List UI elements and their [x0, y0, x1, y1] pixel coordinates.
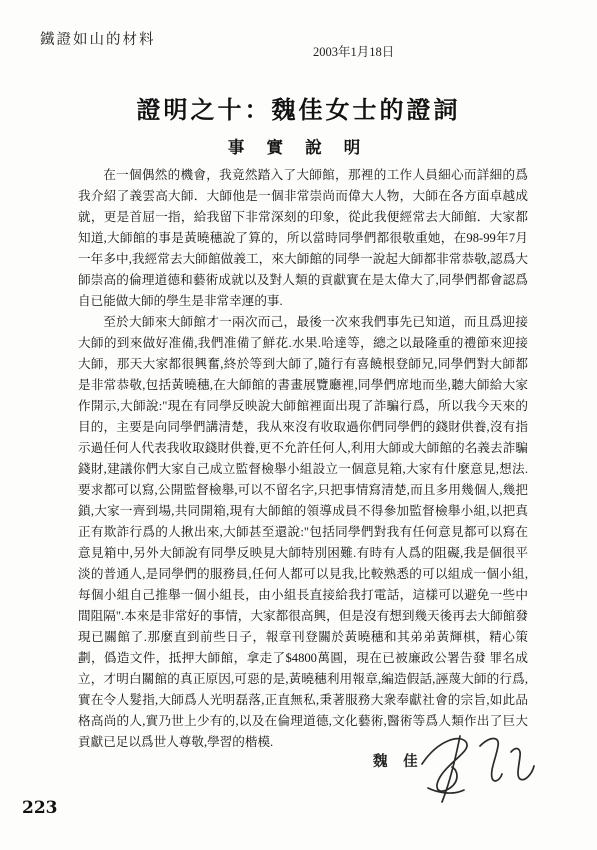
- paragraph-2: 至於大師來大師館才一兩次而己，最後一次來我們事先已知道，而且爲迎接大師的到來做好…: [78, 312, 528, 753]
- paragraph-1: 在一個偶然的機會，我竟然踏入了大師館，那裡的工作人員細心而詳細的爲我介紹了義雲高…: [78, 165, 528, 312]
- signature-block: 魏 佳: [0, 730, 597, 830]
- document-title: 證明之十：魏佳女士的證詞: [0, 90, 597, 125]
- page-number: 223: [22, 798, 58, 818]
- document-date: 2003年1月18日: [313, 42, 394, 60]
- document-body: 在一個偶然的機會，我竟然踏入了大師館，那裡的工作人員細心而詳細的爲我介紹了義雲高…: [78, 165, 528, 753]
- running-header: 鐵證如山的材料: [40, 28, 156, 49]
- handwritten-signature-icon: [408, 730, 538, 810]
- section-heading: 事 實 說 明: [0, 134, 597, 158]
- scanned-document-page: 鐵證如山的材料 證明之十：魏佳女士的證詞 事 實 說 明 在一個偶然的機會，我竟…: [0, 0, 597, 850]
